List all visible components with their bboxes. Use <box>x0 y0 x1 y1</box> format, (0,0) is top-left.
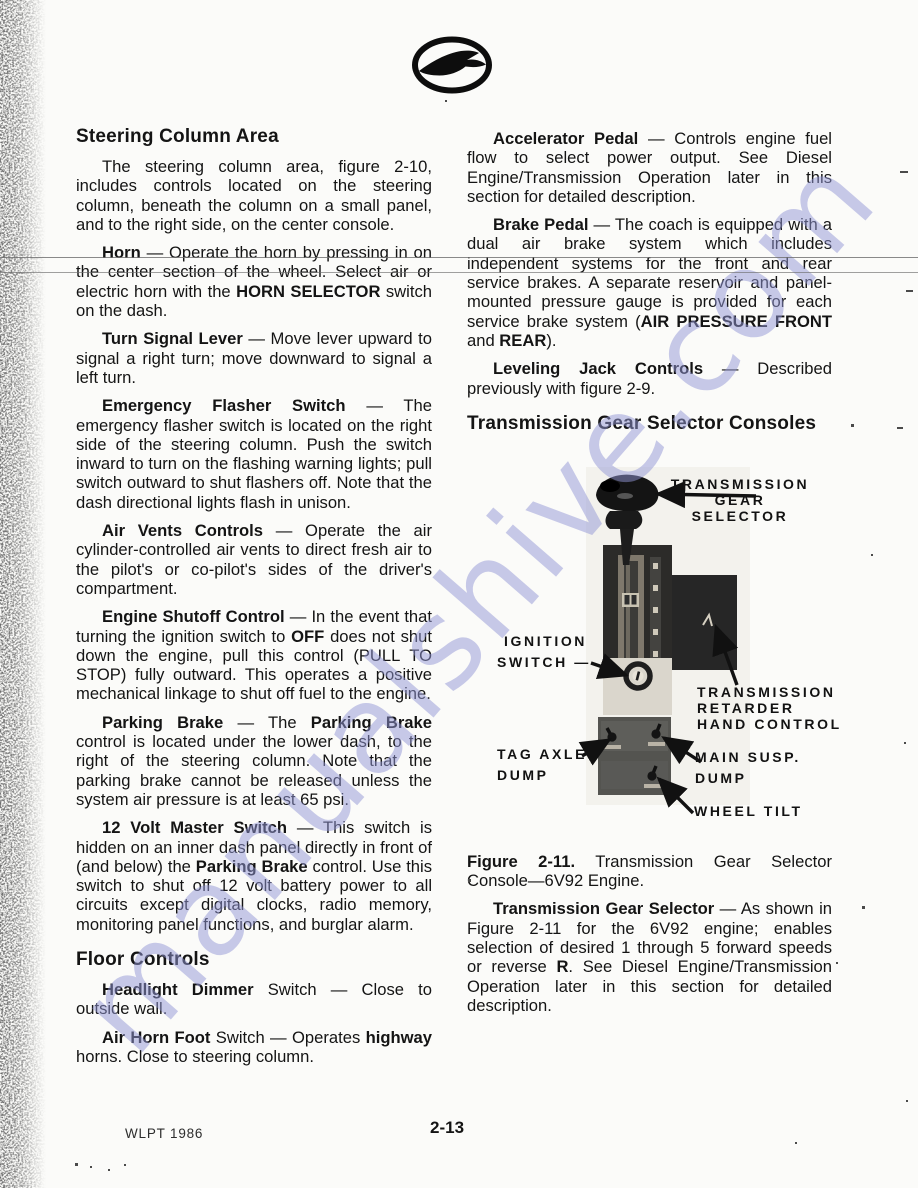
right-column-bottom: Transmission Gear Selector — As shown in… <box>467 899 832 1015</box>
scan-speck <box>851 424 854 427</box>
text-run: horns. Close to steering column. <box>76 1047 314 1066</box>
bold-run: Parking Brake <box>102 713 223 732</box>
bold-run: Turn Signal Lever <box>102 329 243 348</box>
scan-speck <box>862 906 865 909</box>
label-line: RETARDER <box>697 700 862 716</box>
paragraph: Air Horn Foot Switch — Operates highway … <box>76 1028 432 1067</box>
label-tag-axle-dump: TAG AXLE DUMP <box>497 744 587 786</box>
manual-page: Steering Column AreaThe steering column … <box>0 0 918 1188</box>
bold-run: Transmission Gear Selector <box>493 899 714 918</box>
scan-speck <box>871 554 873 556</box>
text-run: Switch — Operates <box>210 1028 365 1047</box>
paragraph: The steering column area, figure 2-10, i… <box>76 157 432 234</box>
label-line: TRANSMISSION <box>665 476 815 492</box>
paragraph: Accelerator Pedal — Controls engine fuel… <box>467 129 832 206</box>
label-line: IGNITION <box>497 631 591 652</box>
bold-run: AIR PRESSURE FRONT <box>641 312 832 331</box>
label-line: TRANSMISSION <box>697 684 862 700</box>
scan-speck <box>906 1100 908 1102</box>
bold-run: Brake Pedal <box>493 215 588 234</box>
label-wheel-tilt: WHEEL TILT <box>694 801 803 822</box>
paragraph: 12 Volt Master Switch — This switch is h… <box>76 818 432 934</box>
paragraph: Leveling Jack Controls — Described previ… <box>467 359 832 398</box>
page-number: 2-13 <box>430 1118 464 1138</box>
paragraph: Transmission Gear Selector — As shown in… <box>467 899 832 1015</box>
text-run: and <box>467 331 499 350</box>
label-transmission-gear-selector: TRANSMISSION GEAR SELECTOR <box>665 476 815 525</box>
label-transmission-retarder: TRANSMISSION RETARDER HAND CONTROL <box>697 684 862 733</box>
label-line: SELECTOR <box>665 508 815 524</box>
bold-run: HORN SELECTOR <box>236 282 380 301</box>
bold-run: Horn <box>102 243 141 262</box>
label-main-susp-dump: MAIN SUSP. DUMP <box>695 747 801 789</box>
scan-speck <box>108 1169 110 1171</box>
scan-speck <box>897 427 903 429</box>
bold-run: Accelerator Pedal <box>493 129 638 148</box>
bold-run: Parking Brake <box>196 857 308 876</box>
text-run: The steering column area, figure 2-10, i… <box>76 157 432 234</box>
label-line: TAG AXLE <box>497 744 587 765</box>
left-column: Steering Column AreaThe steering column … <box>76 120 432 1066</box>
scan-speck <box>900 171 908 173</box>
scan-speck <box>836 962 838 964</box>
scan-line-artifact <box>0 257 918 258</box>
scan-speck <box>75 1163 78 1166</box>
scan-speck <box>795 1142 797 1144</box>
label-line: MAIN SUSP. <box>695 747 801 768</box>
scan-speck <box>468 879 471 882</box>
label-line: SWITCH — <box>497 652 591 673</box>
bold-run: Air Horn Foot <box>102 1028 210 1047</box>
paragraph: Brake Pedal — The coach is equipped with… <box>467 215 832 350</box>
brand-logo-icon <box>410 36 494 96</box>
scan-speck <box>90 1166 92 1168</box>
bold-run: Figure 2-11. <box>467 852 575 871</box>
bold-run: 12 Volt Master Switch <box>102 818 287 837</box>
scan-edge-noise <box>0 0 46 1188</box>
label-ignition-switch: IGNITION SWITCH — <box>497 631 591 673</box>
bold-run: Leveling Jack Controls <box>493 359 703 378</box>
figure-2-11: TRANSMISSION GEAR SELECTOR IGNITION SWIT… <box>460 465 918 843</box>
right-column: Accelerator Pedal — Controls engine fuel… <box>467 120 832 1015</box>
footer-code: WLPT 1986 <box>125 1126 203 1141</box>
scan-speck <box>124 1164 126 1166</box>
label-line: GEAR <box>665 492 815 508</box>
paragraph: Engine Shutoff Control — In the event th… <box>76 607 432 703</box>
bold-run: R <box>556 957 568 976</box>
section-heading: Steering Column Area <box>76 126 432 148</box>
paragraph: Emergency Flasher Switch — The emergency… <box>76 396 432 512</box>
bold-run: OFF <box>291 627 324 646</box>
paragraph: Headlight Dimmer Switch — Close to outsi… <box>76 980 432 1019</box>
scan-speck <box>445 100 447 102</box>
right-column-top: Accelerator Pedal — Controls engine fuel… <box>467 129 832 435</box>
bold-run: Engine Shutoff Control <box>102 607 285 626</box>
figure-caption: Figure 2-11. Transmission Gear Selector … <box>467 852 832 891</box>
scan-speck <box>906 290 913 292</box>
section-heading: Floor Controls <box>76 949 432 971</box>
scan-line-artifact <box>0 272 918 273</box>
label-line: DUMP <box>695 768 801 789</box>
bold-run: Headlight Dimmer <box>102 980 254 999</box>
bold-run: highway <box>366 1028 432 1047</box>
text-run: control is located under the lower dash,… <box>76 732 432 809</box>
paragraph: Air Vents Controls — Operate the air cyl… <box>76 521 432 598</box>
paragraph: Parking Brake — The Parking Brake contro… <box>76 713 432 809</box>
text-run: — The <box>223 713 311 732</box>
bold-run: Air Vents Controls <box>102 521 263 540</box>
bold-run: Parking Brake <box>311 713 432 732</box>
scan-speck <box>904 742 906 744</box>
label-line: WHEEL TILT <box>694 801 803 822</box>
bold-run: Emergency Flasher Switch <box>102 396 346 415</box>
section-heading: Transmission Gear Selector Consoles <box>467 413 832 435</box>
text-run: ). <box>546 331 556 350</box>
paragraph: Turn Signal Lever — Move lever upward to… <box>76 329 432 387</box>
paragraph: Horn — Operate the horn by pressing in o… <box>76 243 432 320</box>
bold-run: REAR <box>499 331 546 350</box>
label-line: HAND CONTROL <box>697 716 862 732</box>
label-line: DUMP <box>497 765 587 786</box>
